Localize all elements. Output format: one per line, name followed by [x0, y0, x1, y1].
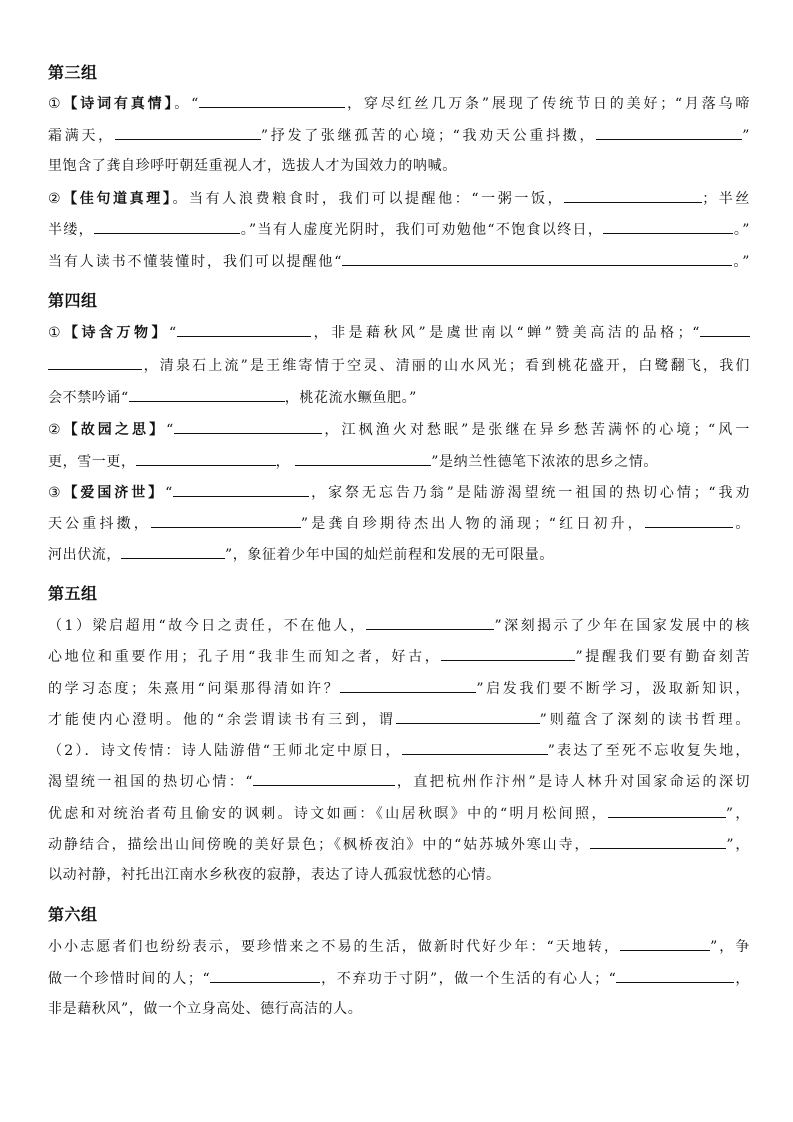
fill-blank[interactable]	[616, 968, 734, 983]
group-5-line-2: 心地位和重要作用；孔子用“我非生而知之者，好古，”提醒我们要有勤奋刻苦	[48, 646, 750, 667]
group-4-line-4: ②【故园之思】“，江枫渔火对愁眠”是张继在异乡愁苦满怀的心境；“风一	[48, 419, 750, 440]
circled-number-1: ①	[48, 325, 64, 341]
group-5-heading: 第五组	[48, 581, 98, 604]
group-4-heading: 第四组	[48, 288, 98, 311]
circled-number-2: ②	[48, 191, 63, 207]
fill-blank[interactable]	[115, 125, 261, 140]
group-3-line-6: 当有人读书不懂装懂时，我们可以提醒他“。”	[48, 251, 750, 272]
group-3-line-2: 霜满天，”抒发了张继孤苦的心境；“我劝天公重抖擞，”	[48, 125, 750, 146]
group-4-line-6: ③【爱国济世】“，家祭无忘告乃翁”是陆游渴望统一祖国的热切心情；“我劝	[48, 482, 750, 503]
fill-blank[interactable]	[564, 188, 702, 203]
group-3-heading: 第三组	[48, 60, 98, 83]
group-5-line-3: 的学习态度；朱熹用“问渠那得清如许？”启发我们要不断学习，汲取新知识，	[48, 678, 750, 699]
group-6-heading: 第六组	[48, 902, 98, 925]
group-5-line-6: 渴望统一祖国的热切心情：“，直把杭州作汴州”是诗人林升对国家命运的深切	[48, 771, 750, 792]
fill-blank[interactable]	[608, 803, 726, 818]
fill-blank[interactable]	[48, 355, 142, 370]
fill-blank[interactable]	[603, 219, 733, 234]
fill-blank[interactable]	[94, 219, 240, 234]
group-4-line-3: 会不禁吟诵“，桃花流水鳜鱼肥。”	[48, 387, 750, 408]
fill-blank[interactable]	[396, 709, 540, 724]
fill-blank[interactable]	[596, 125, 742, 140]
fill-blank[interactable]	[136, 451, 276, 466]
fill-blank[interactable]	[402, 740, 548, 755]
fill-blank[interactable]	[151, 513, 301, 528]
group-5-line-8: 动静结合，描绘出山间傍晚的美好景色；《枫桥夜泊》中的“姑苏城外寒山寺，”，	[48, 834, 750, 855]
section-label: 【诗词有真情】	[63, 96, 174, 112]
fill-blank[interactable]	[295, 451, 431, 466]
section-label: 【故园之思】	[64, 422, 167, 438]
fill-blank[interactable]	[253, 771, 395, 786]
group-6-line-2: 做一个珍惜时间的人；“，不弃功于寸阴”，做一个生活的有心人；“，	[48, 968, 750, 989]
group-4-line-7: 天公重抖擞，”是龚自珍期待杰出人物的涌现；“红日初升，。	[48, 513, 750, 534]
fill-blank[interactable]	[590, 834, 726, 849]
fill-blank[interactable]	[342, 251, 732, 266]
fill-blank[interactable]	[129, 387, 285, 402]
fill-blank[interactable]	[199, 93, 345, 108]
section-label: 【爱国济世】	[63, 485, 165, 501]
circled-number-1: ①	[48, 96, 63, 112]
group-5-line-1: （1）梁启超用“故今日之责任，不在他人，”深刻揭示了少年在国家发展中的核	[48, 615, 750, 636]
fill-blank[interactable]	[173, 482, 309, 497]
fill-blank[interactable]	[441, 646, 575, 661]
group-4-line-8: 河出伏流，”，象征着少年中国的灿烂前程和发展的无可限量。	[48, 544, 750, 565]
fill-blank[interactable]	[645, 513, 733, 528]
fill-blank[interactable]	[210, 968, 320, 983]
group-3-line-1: ①【诗词有真情】。“，穿尽红丝几万条”展现了传统节日的美好；“月落乌啼	[48, 93, 750, 114]
group-4-line-5: 更，雪一更，， ”是纳兰性德笔下浓浓的思乡之情。	[48, 451, 750, 472]
group-5-line-4: 才能使内心澄明。他的“余尝谓读书有三到，谓”则蕴含了深刻的读书哲理。	[48, 709, 750, 730]
fill-blank[interactable]	[174, 419, 322, 434]
group-3-line-3: 里饱含了龚自珍呼吁朝廷重视人才，选拔人才为国效力的呐喊。	[48, 156, 750, 176]
group-3-line-5: 半缕，。”当有人虚度光阴时，我们可劝勉他“不饱食以终日，。”	[48, 219, 750, 240]
group-5-line-5: （2）．诗文传情：诗人陆游借“王师北定中原日，”表达了至死不忘收复失地，	[48, 740, 750, 761]
group-6-line-1: 小小志愿者们也纷纷表示，要珍惜来之不易的生活，做新时代好少年：“天地转，”，争	[48, 936, 750, 957]
group-5-line-7: 优虑和对统治者苟且偷安的讽刺。诗文如画：《山居秋暝》中的“明月松间照，”，	[48, 803, 750, 824]
fill-blank[interactable]	[121, 544, 225, 559]
fill-blank[interactable]	[177, 322, 311, 337]
section-label: 【诗含万物】	[64, 325, 169, 341]
fill-blank[interactable]	[366, 615, 494, 630]
circled-number-3: ③	[48, 485, 63, 501]
circled-number-2: ②	[48, 422, 64, 438]
group-4-line-2: ，清泉石上流”是王维寄情于空灵、清丽的山水风光；看到桃花盛开，白鹭翻飞，我们	[48, 355, 750, 376]
group-6-line-3: 非是藉秋风”，做一个立身高处、德行高洁的人。	[48, 999, 750, 1019]
group-4-line-1: ①【诗含万物】“，非是藉秋风”是虞世南以“蝉”赞美高洁的品格；“	[48, 322, 750, 343]
group-5-line-9: 以动衬静，衬托出江南水乡秋夜的寂静，表达了诗人孤寂忧愁的心情。	[48, 865, 750, 885]
section-label: 【佳句道真理】	[63, 191, 172, 207]
fill-blank[interactable]	[700, 322, 750, 337]
fill-blank[interactable]	[340, 678, 476, 693]
fill-blank[interactable]	[620, 936, 710, 951]
group-3-line-4: ②【佳句道真理】。当有人浪费粮食时，我们可以提醒他：“一粥一饭，；半丝	[48, 188, 750, 209]
